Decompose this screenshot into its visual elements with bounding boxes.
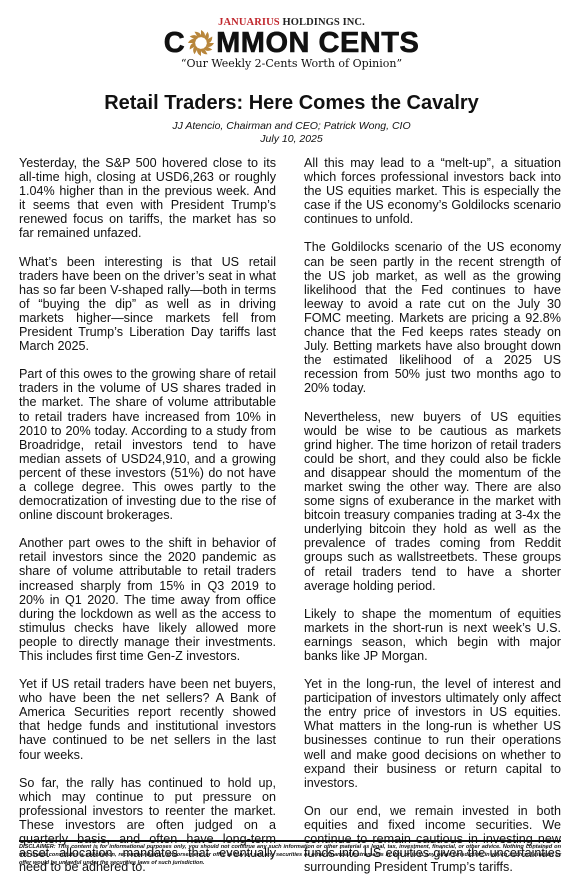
brand-first-letter: C [164, 28, 185, 58]
article-date: July 10, 2025 [0, 133, 583, 146]
golden-swirl-logo-icon [187, 29, 215, 57]
paragraph: Likely to shape the momentum of equities… [304, 607, 561, 663]
article-title: Retail Traders: Here Comes the Cavalry [0, 92, 583, 115]
paragraph: Yet if US retail traders have been net b… [19, 677, 276, 762]
footer-divider [19, 840, 561, 842]
paragraph: Yet in the long-run, the level of intere… [304, 677, 561, 790]
paragraph: What’s been interesting is that US retai… [19, 255, 276, 354]
tagline: “Our Weekly 2-Cents Worth of Opinion” [0, 57, 583, 70]
disclaimer: DISCLAIMER: This content is for informat… [19, 843, 561, 867]
article-byline: JJ Atencio, Chairman and CEO; Patrick Wo… [0, 120, 583, 146]
brand-rest: MMON CENTS [216, 28, 419, 58]
paragraph: All this may lead to a “melt-up”, a situ… [304, 156, 561, 226]
newsletter-brand: C MMON CENTS [0, 27, 583, 58]
paragraph: Yesterday, the S&P 500 hovered close to … [19, 156, 276, 241]
paragraph: Another part owes to the shift in behavi… [19, 536, 276, 663]
article-right-column: All this may lead to a “melt-up”, a situ… [304, 156, 561, 884]
article-left-column: Yesterday, the S&P 500 hovered close to … [19, 156, 276, 884]
article-authors: JJ Atencio, Chairman and CEO; Patrick Wo… [0, 120, 583, 133]
paragraph: Nevertheless, new buyers of US equities … [304, 410, 561, 593]
paragraph: The Goldilocks scenario of the US econom… [304, 240, 561, 395]
paragraph: Part of this owes to the growing share o… [19, 367, 276, 522]
